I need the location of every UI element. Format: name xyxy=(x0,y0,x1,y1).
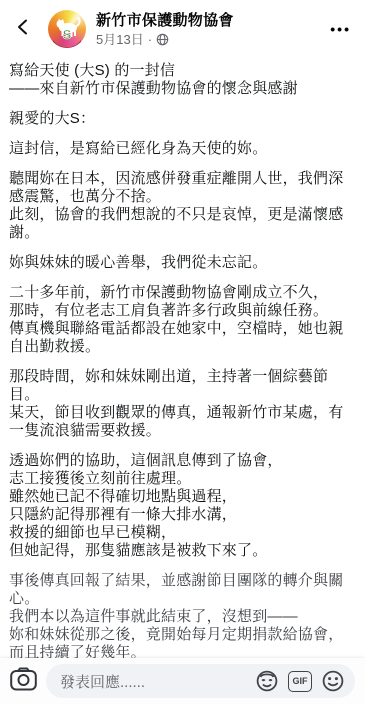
page-name[interactable]: 新竹市保護動物協會 xyxy=(96,11,328,30)
facebook-post-screen: S 新竹市保護動物協會 5月13日 · ••• 寫給天使 (大S) 的一封信 —… xyxy=(0,0,365,704)
page-avatar[interactable]: S xyxy=(48,10,86,48)
post-paragraph: 親愛的大S： xyxy=(9,110,356,128)
gif-icon[interactable]: GIF xyxy=(288,671,312,692)
camera-icon xyxy=(10,667,37,696)
post-paragraph: 聽聞妳在日本，因流感併發重症離開人世，我們深感震驚，也萬分不捨。 此刻，協會的我… xyxy=(9,170,356,242)
globe-icon xyxy=(156,33,169,46)
post-paragraph: 那段時間，妳和妹妹剛出道，主持著一個綜藝節目。 某天，節目收到觀眾的傳真，通報新… xyxy=(9,368,356,440)
post-paragraph: 透過妳們的協助，這個訊息傳到了協會， 志工接獲後立刻前往處理。 雖然她已記不得確… xyxy=(9,452,356,560)
post-date[interactable]: 5月13日 xyxy=(96,32,144,47)
post-paragraph: 事後傳真回報了結果，並感謝節目團隊的轉介與關心。 我們本以為這件事就此結束了，沒… xyxy=(9,572,356,662)
gif-label: GIF xyxy=(288,671,312,692)
back-button[interactable] xyxy=(10,16,36,42)
comment-input[interactable]: 發表回應...... GIF xyxy=(46,664,355,698)
meta-separator: · xyxy=(148,32,152,47)
header-text-block: 新竹市保護動物協會 5月13日 · xyxy=(96,11,328,47)
avatar-logo-icon: S xyxy=(48,10,86,48)
more-options-button[interactable]: ••• xyxy=(328,17,353,41)
comment-composer: 發表回應...... GIF xyxy=(0,658,365,704)
svg-text:S: S xyxy=(63,27,72,42)
post-meta: 5月13日 · xyxy=(96,32,328,47)
post-paragraph: 二十多年前，新竹市保護動物協會剛成立不久， 那時，有位老志工肩負著許多行政與前線… xyxy=(9,284,356,356)
post-paragraph: 寫給天使 (大S) 的一封信 ——來自新竹市保護動物協會的懷念與感謝 xyxy=(9,62,356,98)
post-header: S 新竹市保護動物協會 5月13日 · ••• xyxy=(0,0,365,54)
sticker-face-icon[interactable] xyxy=(255,669,279,693)
chevron-left-icon xyxy=(14,18,32,41)
comment-placeholder: 發表回應...... xyxy=(60,671,255,692)
smiley-icon[interactable] xyxy=(321,669,345,693)
composer-icons: GIF xyxy=(255,669,345,693)
post-body: 寫給天使 (大S) 的一封信 ——來自新竹市保護動物協會的懷念與感謝 親愛的大S… xyxy=(0,54,365,662)
camera-button[interactable] xyxy=(10,667,37,696)
post-paragraph: 這封信，是寫給已經化身為天使的妳。 xyxy=(9,140,356,158)
post-paragraph: 妳與妹妹的暖心善舉，我們從未忘記。 xyxy=(9,254,356,272)
